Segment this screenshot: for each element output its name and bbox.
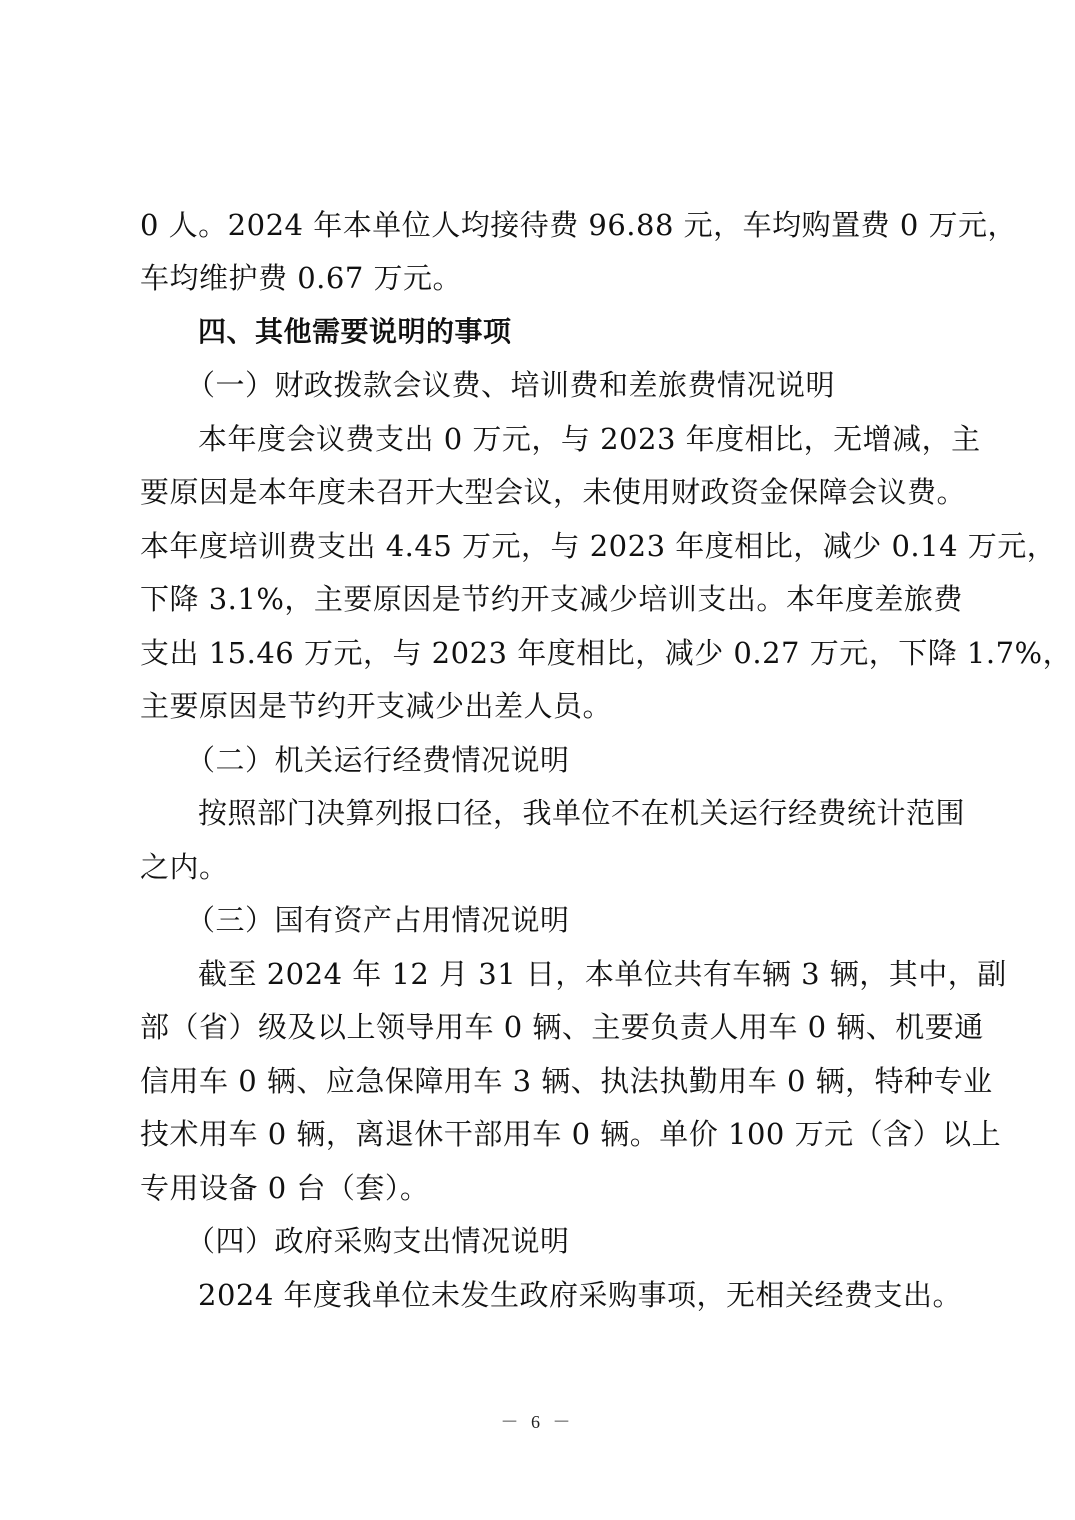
document-page: 0 人。2024 年本单位人均接待费 96.88 元，车均购置费 0 万元， 车… (0, 0, 1075, 1520)
paragraph-line: 0 人。2024 年本单位人均接待费 96.88 元，车均购置费 0 万元， (140, 205, 940, 245)
paragraph-line: 专用设备 0 台（套）。 (140, 1168, 940, 1208)
subsection-heading: （一）财政拨款会议费、培训费和差旅费情况说明 (186, 365, 928, 405)
section-heading: 四、其他需要说明的事项 (198, 312, 940, 352)
paragraph-line: 信用车 0 辆、应急保障用车 3 辆、执法执勤用车 0 辆，特种专业 (140, 1061, 940, 1101)
paragraph-line: 截至 2024 年 12 月 31 日，本单位共有车辆 3 辆，其中，副 (198, 954, 940, 994)
subsection-heading: （二）机关运行经费情况说明 (186, 740, 928, 780)
paragraph-line: 主要原因是节约开支减少出差人员。 (140, 686, 940, 726)
subsection-heading: （三）国有资产占用情况说明 (186, 900, 928, 940)
subsection-heading: （四）政府采购支出情况说明 (186, 1221, 928, 1261)
paragraph-line: 下降 3.1%，主要原因是节约开支减少培训支出。本年度差旅费 (140, 579, 940, 619)
paragraph-line: 支出 15.46 万元，与 2023 年度相比，减少 0.27 万元，下降 1.… (140, 633, 940, 673)
paragraph-line: 之内。 (140, 847, 940, 887)
paragraph-line: 本年度会议费支出 0 万元，与 2023 年度相比，无增减，主 (198, 419, 940, 459)
paragraph-line: 按照部门决算列报口径，我单位不在机关运行经费统计范围 (198, 793, 940, 833)
paragraph-line: 技术用车 0 辆，离退休干部用车 0 辆。单价 100 万元（含）以上 (140, 1114, 940, 1154)
paragraph-line: 2024 年度我单位未发生政府采购事项，无相关经费支出。 (198, 1275, 940, 1315)
paragraph-line: 要原因是本年度未召开大型会议，未使用财政资金保障会议费。 (140, 472, 940, 512)
paragraph-line: 车均维护费 0.67 万元。 (140, 258, 940, 298)
paragraph-line: 本年度培训费支出 4.45 万元，与 2023 年度相比，减少 0.14 万元， (140, 526, 940, 566)
page-number: － 6 － (0, 1408, 1075, 1434)
paragraph-line: 部（省）级及以上领导用车 0 辆、主要负责人用车 0 辆、机要通 (140, 1007, 940, 1047)
